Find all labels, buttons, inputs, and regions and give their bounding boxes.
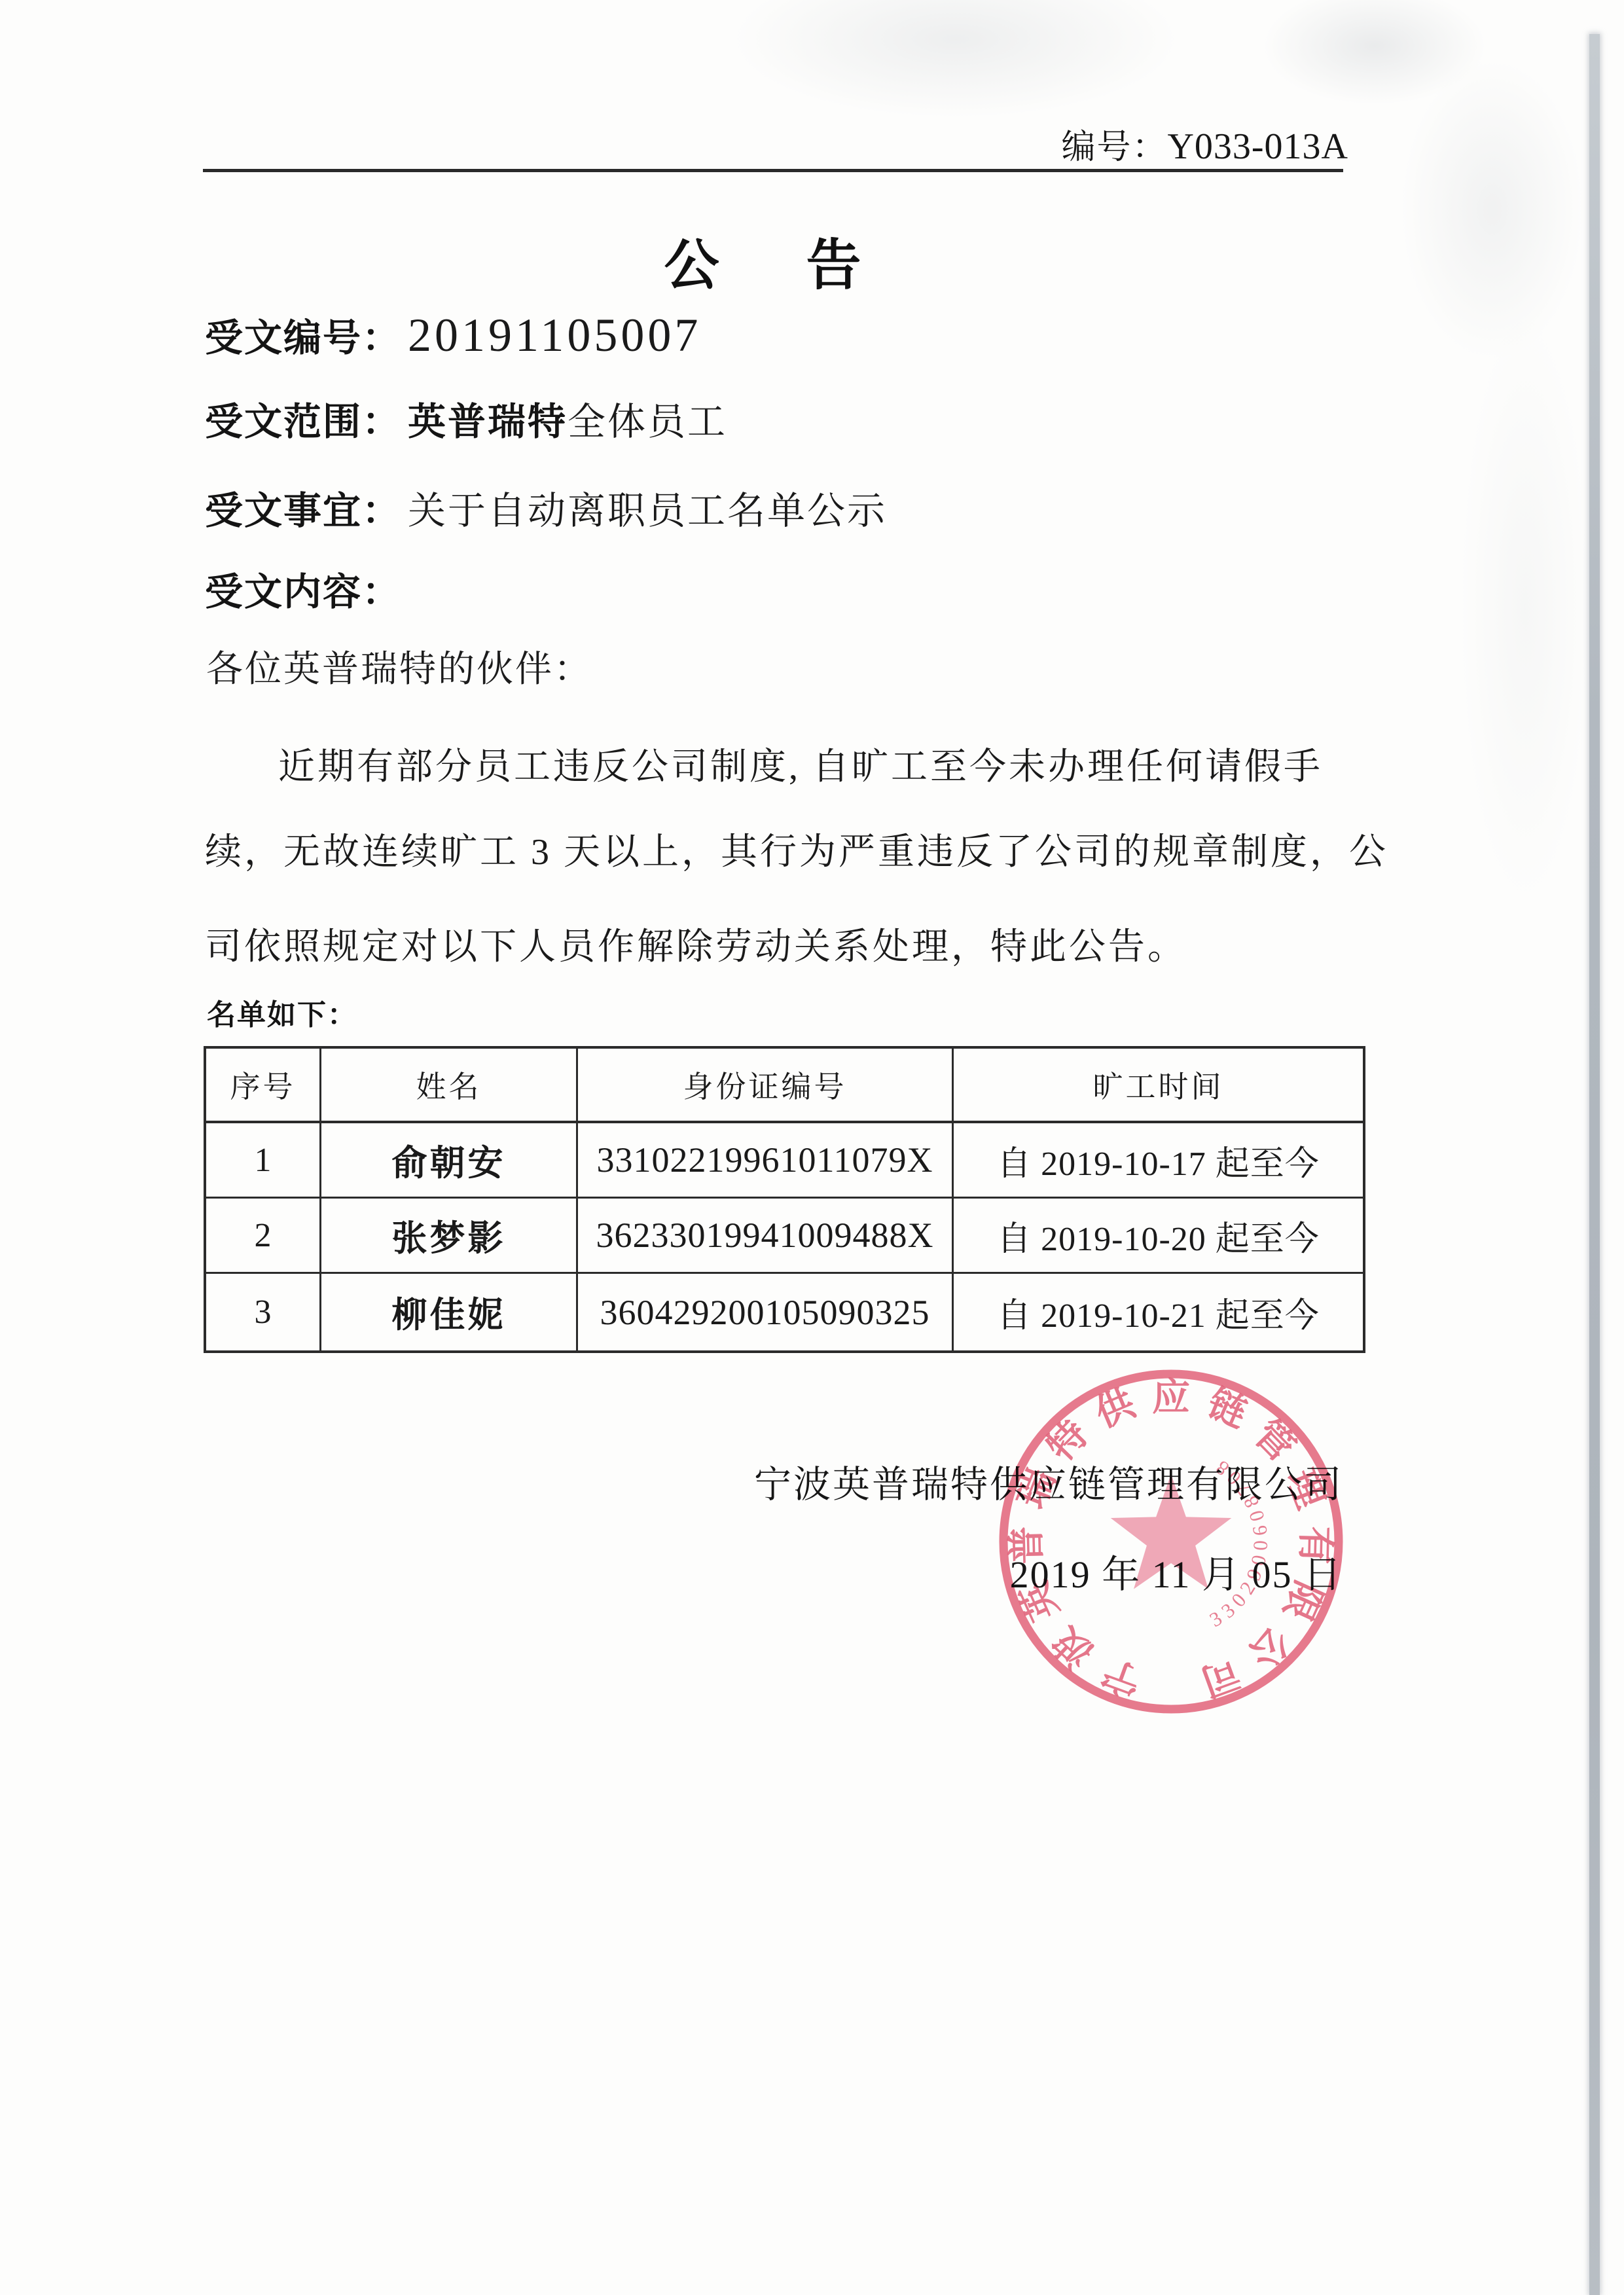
subject-value: 关于自动离职员工名单公示 [408, 490, 887, 532]
seal-company-char: 有 [1293, 1526, 1337, 1565]
document-number-label: 编号： [1061, 129, 1167, 166]
scope-label: 受文范围： [205, 401, 401, 443]
table-cell: 柳佳妮 [321, 1274, 578, 1350]
table-cell: 自 2019-10-20 起至今 [954, 1199, 1363, 1274]
paragraph-line: 司依照规定对以下人员作解除劳动关系处理，特此公告。 [205, 921, 1187, 973]
scan-smudge [733, 0, 1178, 118]
salutation: 各位英普瑞特的伙伴： [206, 645, 592, 695]
absence-table: 序号姓名身份证编号旷工时间1俞朝安33102219961011079X自 201… [204, 1046, 1365, 1353]
meta-row-scope: 受文范围：英普瑞特全体员工 [205, 397, 727, 457]
receive-number-value: 20191105007 [408, 309, 701, 361]
seal-svg: 宁波英普瑞特供应链管理有限公司3302900608708 [980, 1350, 1362, 1733]
table-header-cell: 序号 [206, 1049, 321, 1123]
seal-star-icon [1111, 1474, 1232, 1589]
table-cell: 2 [206, 1199, 321, 1274]
table-header-cell: 旷工时间 [954, 1049, 1363, 1123]
table-cell: 自 2019-10-21 起至今 [954, 1274, 1363, 1350]
table-cell: 3 [206, 1274, 321, 1350]
seal-company-char: 波 [1045, 1619, 1102, 1676]
table-header-cell: 姓名 [321, 1049, 578, 1123]
seal-company-char: 公 [1241, 1619, 1298, 1676]
company-seal-stamp: 宁波英普瑞特供应链管理有限公司3302900608708 [980, 1350, 1362, 1733]
table-cell: 1 [206, 1123, 321, 1199]
seal-serial-digit: 0 [1244, 1508, 1269, 1524]
table-cell: 自 2019-10-17 起至今 [954, 1123, 1363, 1199]
meta-row-content: 受文内容： [205, 568, 401, 627]
meta-row-subject: 受文事宜：关于自动离职员工名单公示 [205, 486, 887, 546]
seal-company-char: 应 [1152, 1376, 1190, 1419]
scope-company-name: 英普瑞特 [408, 401, 568, 443]
table-cell: 张梦影 [321, 1199, 578, 1274]
seal-serial-digit: 6 [1248, 1524, 1272, 1537]
scan-smudge [1401, 59, 1584, 360]
table-cell: 36233019941009488X [578, 1199, 954, 1274]
document-number: 编号：Y033-013A [1061, 126, 1348, 169]
subject-label: 受文事宜： [205, 490, 401, 532]
list-intro: 名单如下： [207, 991, 357, 1033]
content-label: 受文内容： [205, 571, 401, 613]
table-cell: 33102219961011079X [578, 1123, 954, 1199]
scan-smudge [1460, 314, 1591, 903]
seal-serial-digit: 0 [1249, 1540, 1272, 1551]
document-page: 编号：Y033-013A 公 告 受文编号：20191105007 受文范围：英… [0, 0, 1624, 2295]
table-cell: 俞朝安 [321, 1123, 578, 1199]
seal-company-char: 特 [1039, 1413, 1096, 1470]
meta-row-receive-number: 受文编号：20191105007 [205, 310, 701, 373]
paragraph-line: 近期有部分员工违反公司制度, 自旷工至今未办理任何请假手 [205, 741, 1323, 793]
scan-edge-shadow [1589, 34, 1600, 2295]
document-number-value: Y033-013A [1167, 126, 1348, 167]
seal-company-char: 管 [1246, 1413, 1303, 1470]
seal-company-char: 普 [1005, 1526, 1048, 1565]
scan-smudge [1263, 0, 1486, 105]
page-title: 公 告 [0, 221, 1525, 300]
scope-rest: 全体员工 [568, 401, 727, 443]
table-cell: 360429200105090325 [578, 1274, 954, 1350]
paragraph-line: 续，无故连续旷工 3 天以上，其行为严重违反了公司的规章制度，公 [205, 826, 1388, 878]
table-header-cell: 身份证编号 [578, 1049, 954, 1123]
header-rule [203, 169, 1343, 172]
seal-serial-digit: 0 [1246, 1553, 1271, 1567]
receive-number-label: 受文编号： [205, 317, 401, 359]
